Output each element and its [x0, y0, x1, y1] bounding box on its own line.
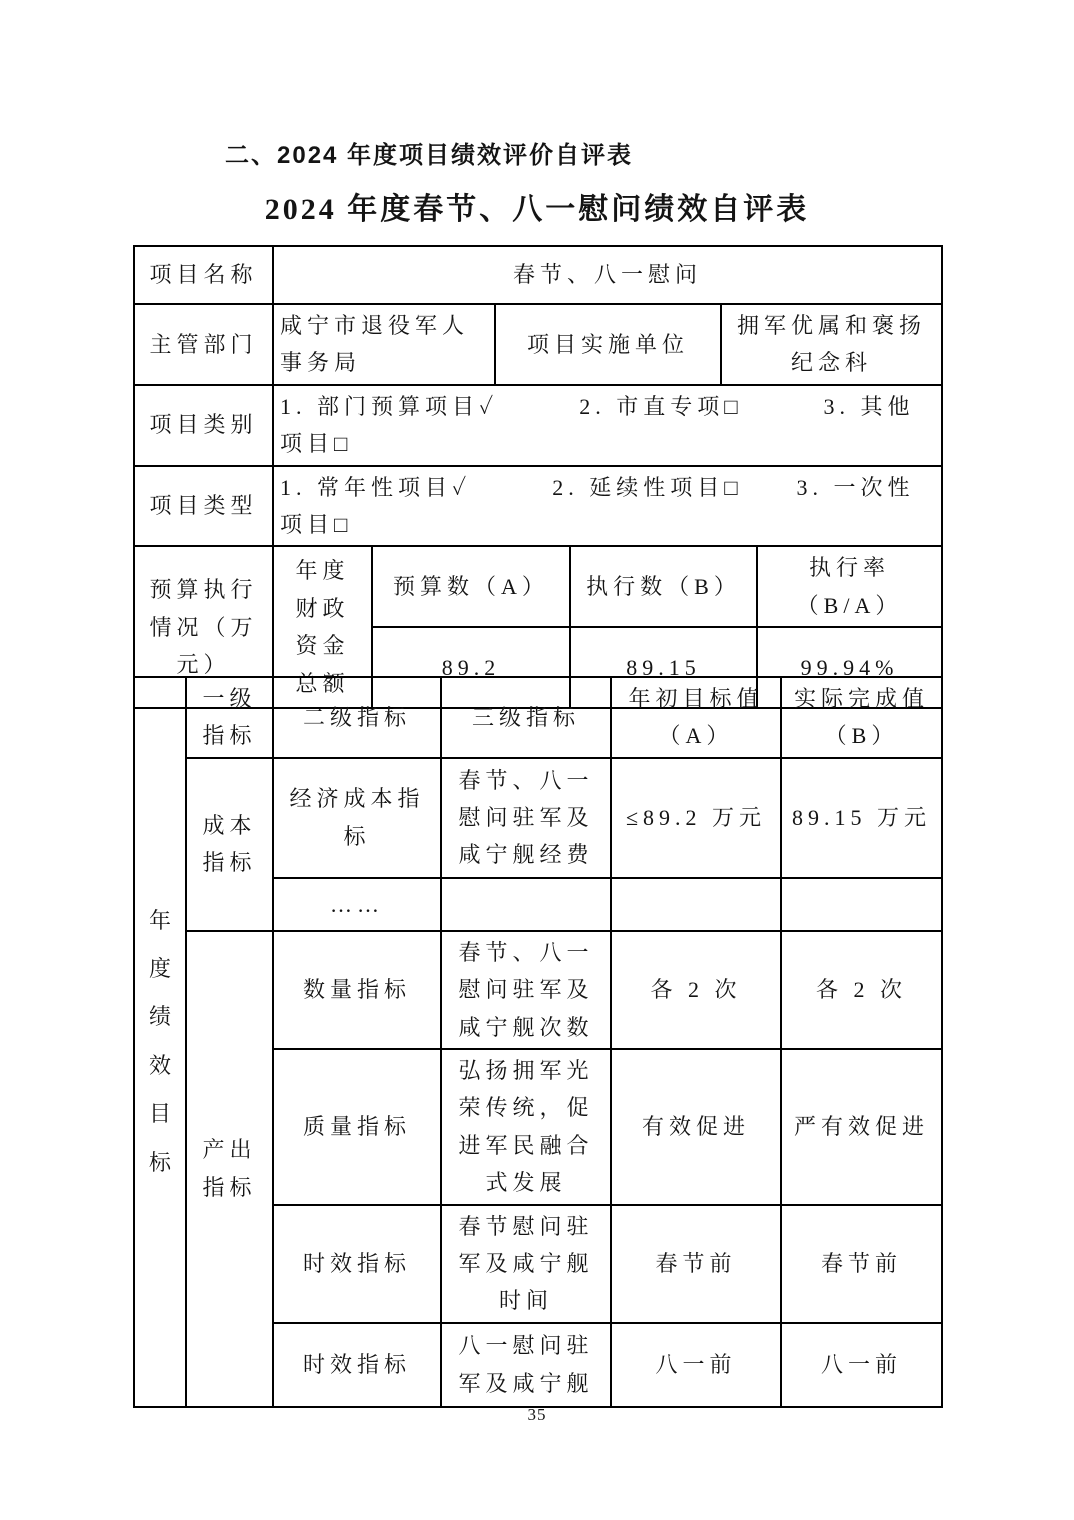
table-row: 项目类型 1. 常年性项目✓ 2. 延续性项目□ 3. 一次性项目□ [134, 466, 942, 547]
section-heading: 二、2024 年度项目绩效评价自评表 [225, 140, 633, 172]
document-page: 二、2024 年度项目绩效评价自评表 2024 年度春节、八一慰问绩效自评表 项… [0, 0, 1074, 1520]
indicator-l2: 数量指标 [273, 931, 441, 1049]
indicator-actual: 各 2 次 [781, 931, 942, 1049]
indicator-target: 各 2 次 [611, 931, 781, 1049]
indicator-actual: 八一前 [781, 1323, 942, 1407]
budget-col-header: 预算数（A） [372, 546, 570, 627]
table-row: 产出指标 数量指标 春节、八一慰问驻军及咸宁舰次数 各 2 次 各 2 次 [134, 931, 942, 1049]
indicator-l3: 春节、八一慰问驻军及咸宁舰经费 [441, 758, 611, 878]
target-header: 年初目标值（A） [611, 677, 781, 758]
actual-header: 实际完成值（B） [781, 677, 942, 758]
empty-cell [441, 878, 611, 931]
project-info-table: 项目名称 春节、八一慰问 主管部门 咸宁市退役军人事务局 项目实施单位 拥军优属… [133, 245, 943, 709]
group-cost-label: 成本指标 [186, 758, 273, 931]
indicator-l2: 时效指标 [273, 1323, 441, 1407]
indicator-l2: 经济成本指标 [273, 758, 441, 878]
group-output-label: 产出指标 [186, 931, 273, 1407]
indicator-l2: 质量指标 [273, 1049, 441, 1205]
table-row: 年度绩效目标 一级指标 二级指标 三级指标 年初目标值（A） 实际完成值（B） [134, 677, 942, 758]
indicator-actual: 春节前 [781, 1205, 942, 1323]
level3-header: 三级指标 [441, 677, 611, 758]
category-value: 1. 部门预算项目✓ 2. 市直专项□ 3. 其他项目□ [273, 385, 942, 466]
indicator-target: 八一前 [611, 1323, 781, 1407]
project-name-value: 春节、八一慰问 [273, 246, 942, 304]
exec-col-header: 执行数（B） [570, 546, 757, 627]
indicator-target: 有效促进 [611, 1049, 781, 1205]
empty-cell [611, 878, 781, 931]
annual-goal-side-label: 年度绩效目标 [134, 677, 186, 1407]
level1-header: 一级指标 [186, 677, 273, 758]
table-row: 项目类别 1. 部门预算项目✓ 2. 市直专项□ 3. 其他项目□ [134, 385, 942, 466]
level2-header: 二级指标 [273, 677, 441, 758]
indicator-l3: 弘扬拥军光荣传统，促进军民融合式发展 [441, 1049, 611, 1205]
project-name-label: 项目名称 [134, 246, 273, 304]
category-label: 项目类别 [134, 385, 273, 466]
table-row: 成本指标 经济成本指标 春节、八一慰问驻军及咸宁舰经费 ≤89.2 万元 89.… [134, 758, 942, 878]
indicator-l2: 时效指标 [273, 1205, 441, 1323]
indicator-actual: 89.15 万元 [781, 758, 942, 878]
dept-value: 咸宁市退役军人事务局 [273, 304, 495, 385]
table-row: 项目名称 春节、八一慰问 [134, 246, 942, 304]
impl-label: 项目实施单位 [495, 304, 721, 385]
page-number: 35 [133, 1405, 941, 1425]
indicator-l3: 八一慰问驻军及咸宁舰 [441, 1323, 611, 1407]
indicator-l3: 春节慰问驻军及咸宁舰时间 [441, 1205, 611, 1323]
empty-cell [781, 878, 942, 931]
page-title: 2024 年度春节、八一慰问绩效自评表 [133, 188, 941, 232]
table-row: 主管部门 咸宁市退役军人事务局 项目实施单位 拥军优属和褒扬纪念科 [134, 304, 942, 385]
dept-label: 主管部门 [134, 304, 273, 385]
indicator-target: ≤89.2 万元 [611, 758, 781, 878]
indicator-target: 春节前 [611, 1205, 781, 1323]
impl-value: 拥军优属和褒扬纪念科 [721, 304, 942, 385]
indicators-table: 年度绩效目标 一级指标 二级指标 三级指标 年初目标值（A） 实际完成值（B） … [133, 676, 943, 1408]
rate-col-header: 执行率（B/A） [757, 546, 942, 627]
table-row: 预算执行情况（万元） 年度财政资金总额 预算数（A） 执行数（B） 执行率（B/… [134, 546, 942, 627]
type-value: 1. 常年性项目✓ 2. 延续性项目□ 3. 一次性项目□ [273, 466, 942, 547]
type-label: 项目类型 [134, 466, 273, 547]
indicator-l2: …… [273, 878, 441, 931]
indicator-l3: 春节、八一慰问驻军及咸宁舰次数 [441, 931, 611, 1049]
indicator-actual: 严有效促进 [781, 1049, 942, 1205]
